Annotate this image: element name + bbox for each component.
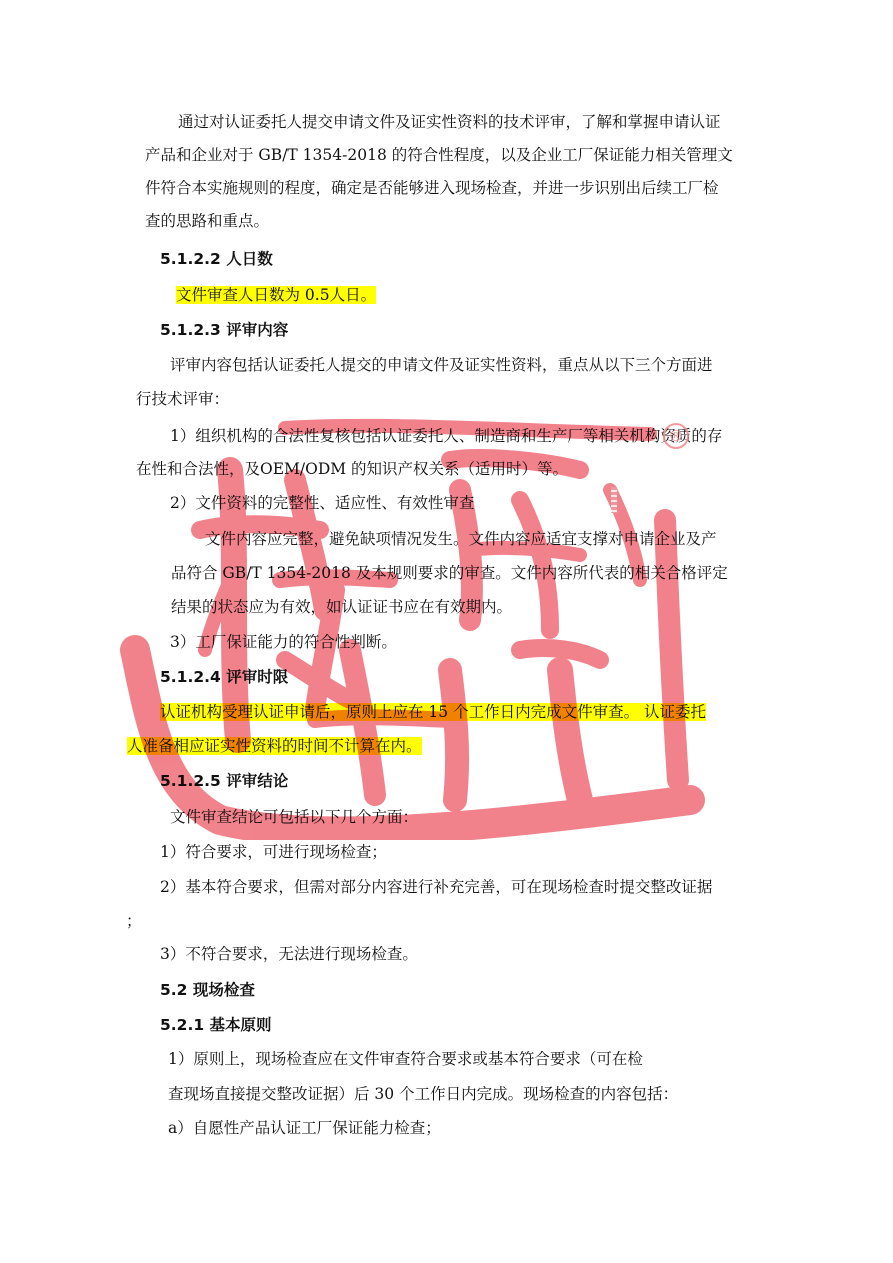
- conclusion-item-3: 3）不符合要求，无法进行现场检查。: [160, 943, 418, 965]
- review-item-2-body-3: 结果的状态应为有效，如认证证书应在有效期内。: [171, 596, 512, 618]
- intro-line-3: 件符合本实施规则的程度，确定是否能够进入现场检查，并进一步识别出后续工厂检: [145, 177, 719, 199]
- highlighted-text: 文件审查人日数为 0.5人日。: [176, 286, 376, 304]
- principle-item-1-line-1: 1）原则上，现场检查应在文件审查符合要求或基本符合要求（可在检: [168, 1048, 643, 1070]
- conclusion-intro: 文件审查结论可包括以下几个方面：: [170, 806, 418, 828]
- heading-5-2: 5.2 现场检查: [160, 979, 255, 1001]
- review-item-3: 3）工厂保证能力的符合性判断。: [170, 631, 397, 653]
- intro-line-2: 产品和企业对于 GB/T 1354-2018 的符合性程度，以及企业工厂保证能力…: [145, 144, 733, 166]
- review-item-2-body-1: 文件内容应完整，避免缺项情况发生。文件内容应适宜支撑对申请企业及产: [205, 528, 717, 550]
- review-item-2-title: 2）文件资料的完整性、适应性、有效性审查: [170, 492, 474, 514]
- registered-mark-icon: ®: [663, 423, 689, 449]
- conclusion-item-1: 1）符合要求，可进行现场检查；: [160, 841, 387, 863]
- principle-item-1-line-2: 查现场直接提交整改证据）后 30 个工作日内完成。现场检查的内容包括：: [168, 1083, 678, 1105]
- highlighted-text: 认证机构受理认证申请后，原则上应在 15 个工作日内完成文件审查。 认证委托: [160, 703, 706, 721]
- review-item-2-body-2: 品符合 GB/T 1354-2018 及本规则要求的审查。文件内容所代表的相关合…: [171, 562, 728, 584]
- document-page: 通过对认证委托人提交申请文件及证实性资料的技术评审，了解和掌握申请认证 产品和企…: [0, 0, 893, 1263]
- review-intro-line-1: 评审内容包括认证委托人提交的申请文件及证实性资料，重点从以下三个方面进: [170, 354, 713, 376]
- heading-5-1-2-4: 5.1.2.4 评审时限: [160, 666, 288, 688]
- heading-5-2-1: 5.2.1 基本原则: [160, 1014, 272, 1036]
- heading-5-1-2-3: 5.1.2.3 评审内容: [160, 319, 288, 341]
- intro-line-1: 通过对认证委托人提交申请文件及证实性资料的技术评审，了解和掌握申请认证: [178, 111, 721, 133]
- conclusion-item-2-wrap: ；: [126, 910, 142, 932]
- person-days-text: 文件审查人日数为 0.5人日。: [176, 284, 376, 306]
- heading-5-1-2-5: 5.1.2.5 评审结论: [160, 770, 288, 792]
- principle-item-a: a）自愿性产品认证工厂保证能力检查；: [168, 1117, 441, 1139]
- review-item-1-line-1: 1）组织机构的合法性复核包括认证委托人、制造商和生产厂等相关机构资质的存: [170, 425, 722, 447]
- review-item-1-line-2: 在性和合法性，及OEM/ODM 的知识产权关系（适用时）等。: [136, 458, 568, 480]
- conclusion-item-2: 2）基本符合要求，但需对部分内容进行补充完善，可在现场检查时提交整改证据: [160, 876, 712, 898]
- seal-small-text-icon: [611, 487, 617, 513]
- highlighted-text: 人准备相应证实性资料的时间不计算在内。: [127, 737, 422, 755]
- time-limit-line-1: 认证机构受理认证申请后，原则上应在 15 个工作日内完成文件审查。 认证委托: [160, 701, 706, 723]
- intro-line-4: 查的思路和重点。: [145, 210, 269, 232]
- review-intro-line-2: 行技术评审：: [136, 388, 229, 410]
- time-limit-line-2: 人准备相应证实性资料的时间不计算在内。: [127, 735, 422, 757]
- heading-5-1-2-2: 5.1.2.2 人日数: [160, 248, 273, 270]
